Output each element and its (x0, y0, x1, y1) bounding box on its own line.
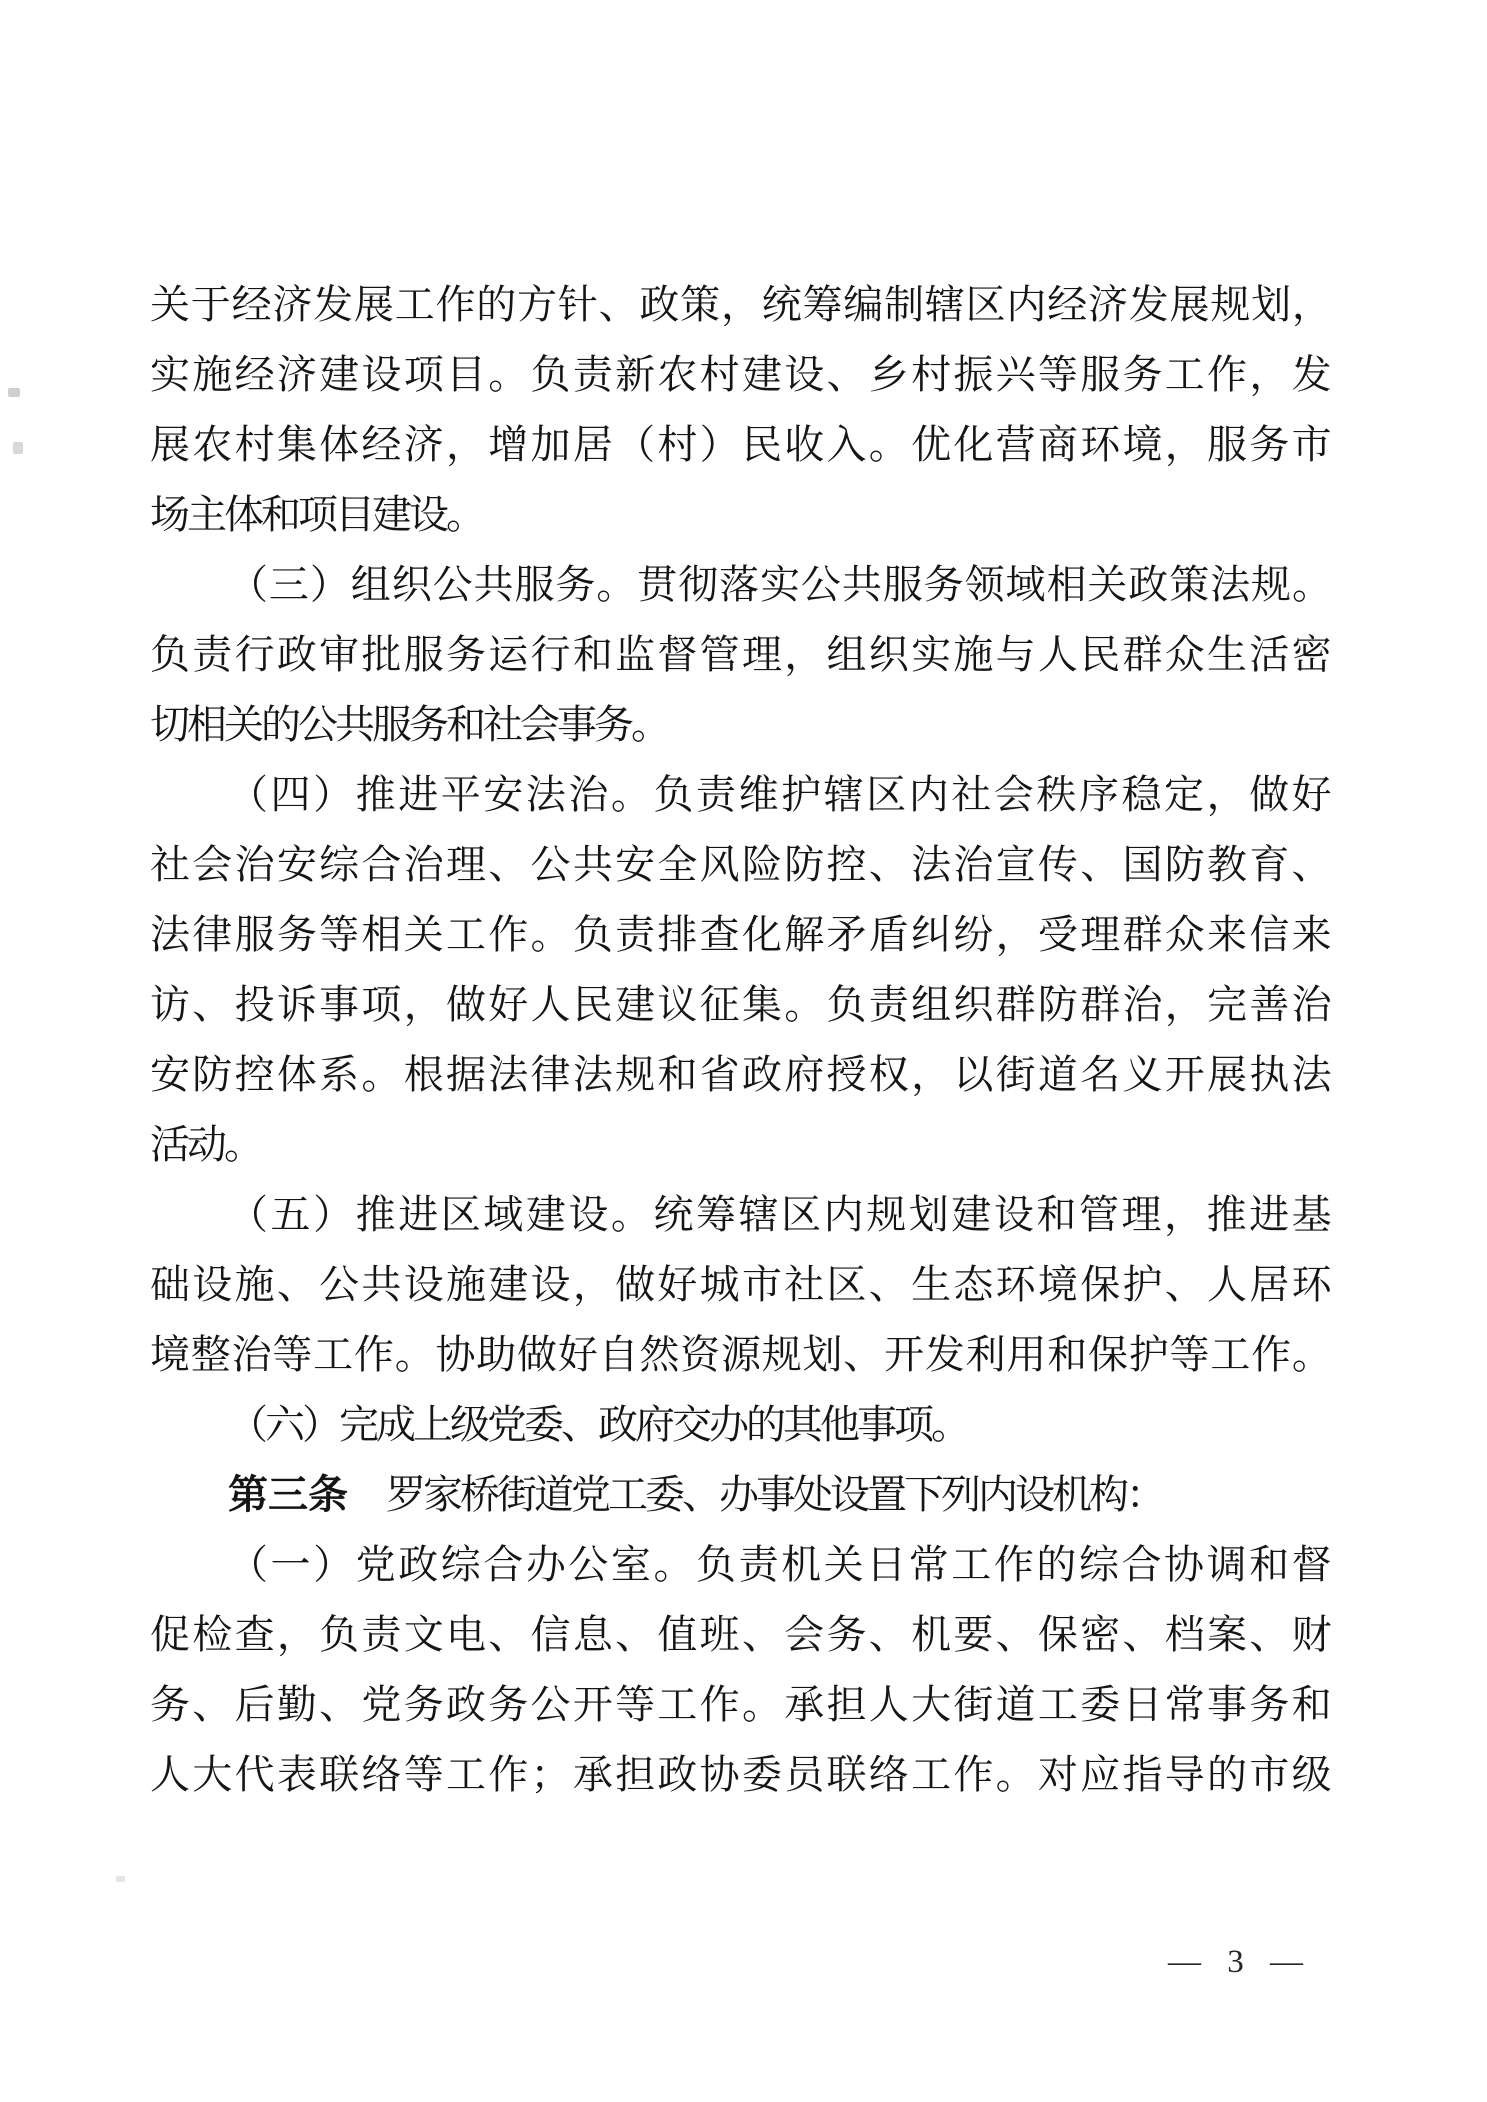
text-line: 实施经济建设项目。负责新农村建设、乡村振兴等服务工作，发 (150, 340, 1332, 410)
text-line: 负责行政审批服务运行和监督管理，组织实施与人民群众生活密 (150, 620, 1332, 690)
text-line: （一）党政综合办公室。负责机关日常工作的综合协调和督 (150, 1530, 1332, 1600)
article-heading-text: 罗家桥街道党工委、办事处设置下列内设机构： (386, 1472, 1163, 1517)
article-number: 第三条 (228, 1473, 348, 1517)
scan-smudge (13, 442, 23, 454)
text-line: 场主体和项目建设。 (150, 480, 1332, 550)
scan-smudge (8, 388, 20, 397)
text-line: 社会治安综合治理、公共安全风险防控、法治宣传、国防教育、 (150, 830, 1332, 900)
text-line: 促检查，负责文电、信息、值班、会务、机要、保密、档案、财 (150, 1600, 1332, 1670)
article-heading-line: 第三条罗家桥街道党工委、办事处设置下列内设机构： (150, 1460, 1332, 1530)
text-line: 展农村集体经济，增加居（村）民收入。优化营商环境，服务市 (150, 410, 1332, 480)
scan-smudge (116, 1876, 125, 1882)
text-line: 活动。 (150, 1110, 1332, 1180)
text-line: 人大代表联络等工作；承担政协委员联络工作。对应指导的市级 (150, 1740, 1332, 1810)
text-line: （三）组织公共服务。贯彻落实公共服务领域相关政策法规。 (150, 550, 1332, 620)
text-line: （五）推进区域建设。统筹辖区内规划建设和管理，推进基 (150, 1180, 1332, 1250)
text-line: 关于经济发展工作的方针、政策，统筹编制辖区内经济发展规划， (150, 270, 1332, 340)
text-line: 访、投诉事项，做好人民建议征集。负责组织群防群治，完善治 (150, 970, 1332, 1040)
text-line: 安防控体系。根据法律法规和省政府授权，以街道名义开展执法 (150, 1040, 1332, 1110)
text-line: （六）完成上级党委、政府交办的其他事项。 (150, 1390, 1332, 1460)
text-line: （四）推进平安法治。负责维护辖区内社会秩序稳定，做好 (150, 760, 1332, 830)
text-line: 法律服务等相关工作。负责排查化解矛盾纠纷，受理群众来信来 (150, 900, 1332, 970)
body-text: 关于经济发展工作的方针、政策，统筹编制辖区内经济发展规划， 实施经济建设项目。负… (150, 270, 1332, 1810)
page-number: — 3 — (1168, 1944, 1305, 1981)
text-line: 切相关的公共服务和社会事务。 (150, 690, 1332, 760)
text-line: 础设施、公共设施建设，做好城市社区、生态环境保护、人居环 (150, 1250, 1332, 1320)
text-line: 境整治等工作。协助做好自然资源规划、开发利用和保护等工作。 (150, 1320, 1332, 1390)
text-line: 务、后勤、党务政务公开等工作。承担人大街道工委日常事务和 (150, 1670, 1332, 1740)
